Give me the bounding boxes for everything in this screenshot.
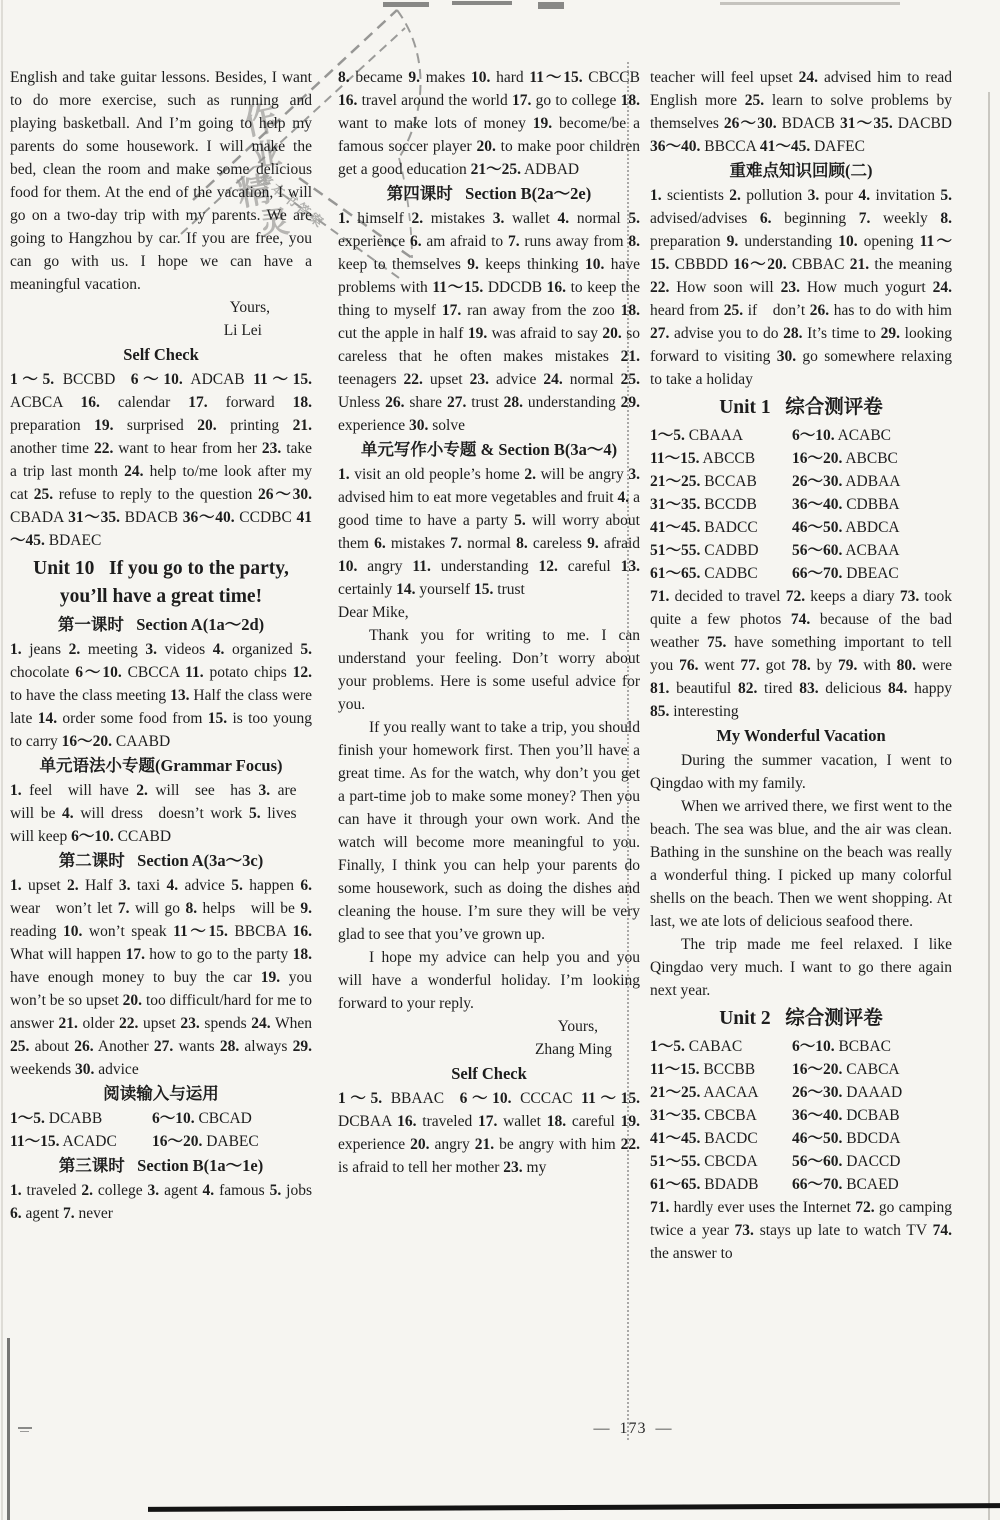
answers-writing-special: 1. visit an old people’s home 2. will be… [338,463,640,601]
answers-self-check: 1～5. BCCBD 6～10. ADCAB 11～15. ACBCA 16. … [10,368,312,552]
scan-artifact-top-2 [452,1,512,5]
letter-signature: Yours,Li Lei [10,296,312,342]
essay-paragraph-1: During the summer vacation, I went to Qi… [650,749,952,795]
unit-1-test-heading: Unit 1 综合测评卷 [650,394,952,422]
continued-essay-text: English and take guitar lessons. Besides… [10,66,312,296]
answers-unit-1-fill: 71. decided to travel 72. keeps a diary … [650,585,952,723]
section-heading-self-check: Self Check [10,343,312,367]
writing-special-heading: 单元写作小专题 & Section B(3a～4) [338,438,640,462]
scan-artifact-top-1 [383,2,429,7]
column-separator-dotted [627,62,629,1440]
letter-paragraph-1: Thank you for writing to me. I can under… [338,624,640,716]
essay-paragraph-2: When we arrived there, we first went to … [650,795,952,933]
answers-lesson-4: 1. himself 2. mistakes 3. wallet 4. norm… [338,207,640,437]
letter-paragraph-3: I hope my advice can help you and you wi… [338,946,640,1015]
answers-grammar-focus: 1. feel will have 2. will see has 3. are… [10,779,312,848]
answers-unit-1-grid: 1～5. CBAAA6～10. ACABC11～15. ABCCB16～20. … [650,424,952,585]
letter-paragraph-2: If you really want to take a trip, you s… [338,716,640,946]
essay-title: My Wonderful Vacation [650,724,952,748]
scan-artifact-left-dash [18,1427,32,1429]
lesson-4-heading: 第四课时 Section B(2a～2e) [338,182,640,206]
answers-lesson-3: 1. traveled 2. college 3. agent 4. famou… [10,1179,312,1225]
letter-signature-2: Yours,Zhang Ming [338,1015,640,1061]
answers-self-check-2-continued: teacher will feel upset 24. advised him … [650,66,952,158]
scan-artifact-top-3 [538,2,564,9]
letter-salutation: Dear Mike, [338,601,640,624]
page-number: — 173 — [548,1420,718,1438]
answers-key-review: 1. scientists 2. pollution 3. pour 4. in… [650,184,952,391]
page-edge-left-dark [7,1338,10,1520]
answers-unit-2-fill: 71. hardly ever uses the Internet 72. go… [650,1196,952,1265]
essay-paragraph-3: The trip made me feel relaxed. I like Qi… [650,933,952,1002]
answers-reading-input: 1～5. DCABB6～10. CBCAD11～15. ACADC16～20. … [10,1107,312,1153]
answers-lesson-2: 1. upset 2. Half 3. taxi 4. advice 5. ha… [10,874,312,1081]
reading-input-heading: 阅读输入与运用 [10,1082,312,1106]
scan-artifact-top-4 [720,2,900,5]
key-review-heading: 重难点知识回顾(二) [650,159,952,183]
lesson-1-heading: 第一课时 Section A(1a～2d) [10,613,312,637]
lesson-2-heading: 第二课时 Section A(3a～3c) [10,849,312,873]
content-column-left: English and take guitar lessons. Besides… [10,66,312,1225]
unit-10-heading: Unit 10 If you go to the party,you’ll ha… [10,555,312,611]
answers-continued: 8. became 9. makes 10. hard 11～15. CBCCB… [338,66,640,181]
content-column-right: teacher will feel upset 24. advised him … [650,66,952,1265]
scan-artifact-left-dash-2 [20,1431,29,1432]
content-column-middle: 8. became 9. makes 10. hard 11～15. CBCCB… [338,66,640,1179]
lesson-3-heading: 第三课时 Section B(1a～1e) [10,1154,312,1178]
grammar-focus-heading: 单元语法小专题(Grammar Focus) [10,754,312,778]
answers-unit-2-grid: 1～5. CABAC6～10. BCBAC11～15. BCCBB16～20. … [650,1035,952,1196]
scan-artifact-bottom-line [148,1503,1000,1512]
unit-2-test-heading: Unit 2 综合测评卷 [650,1005,952,1033]
answers-self-check-2: 1～5. BBAAC 6～10. CCCAC 11～15. DCBAA 16. … [338,1087,640,1179]
section-heading-self-check-2: Self Check [338,1062,640,1086]
answers-lesson-1: 1. jeans 2. meeting 3. videos 4. organiz… [10,638,312,753]
page-edge-left [1,0,3,1520]
page-edge-right [988,92,990,1520]
